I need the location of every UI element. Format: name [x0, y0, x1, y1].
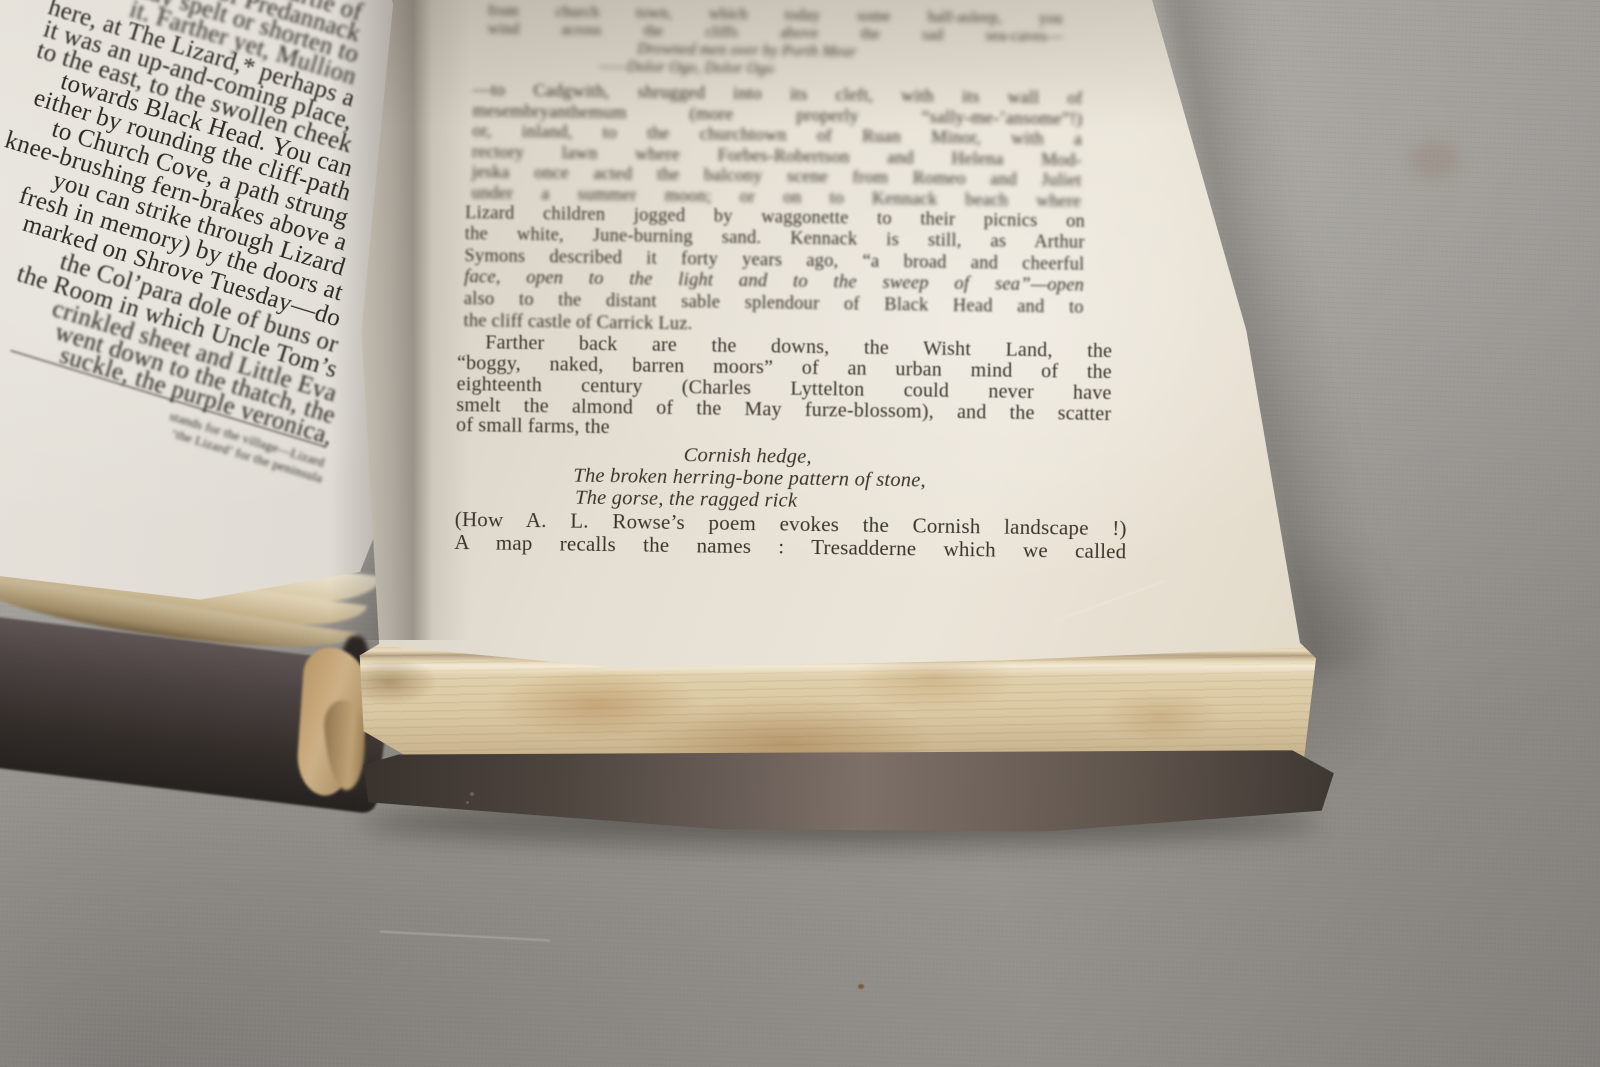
gutter-shadow: [330, 0, 490, 640]
table-smudge: [1408, 140, 1460, 180]
paragraph-block: —to Cadgwith, shrugged into its cleft, w…: [471, 79, 1083, 211]
paragraph-block: Lizard children jogged by waggonette to …: [463, 203, 1085, 341]
verse-block: Cornish hedge, The broken herring-bone p…: [455, 442, 1111, 517]
right-page-text: from church town, which today some half-…: [454, 2, 1152, 563]
table-speck: [466, 801, 469, 804]
photo-open-book-scene: into the hurtle of the cliffs of Predann…: [0, 0, 1600, 1067]
blurred-intro-block: from church town, which today some half-…: [487, 2, 1063, 82]
closing-block: (How A. L. Rowse’s poem evokes the Corni…: [454, 507, 1127, 562]
table-speck: [470, 792, 474, 796]
table-crumb: [858, 984, 864, 989]
paragraph-block: Farther back are the downs, the Wisht La…: [456, 332, 1112, 445]
